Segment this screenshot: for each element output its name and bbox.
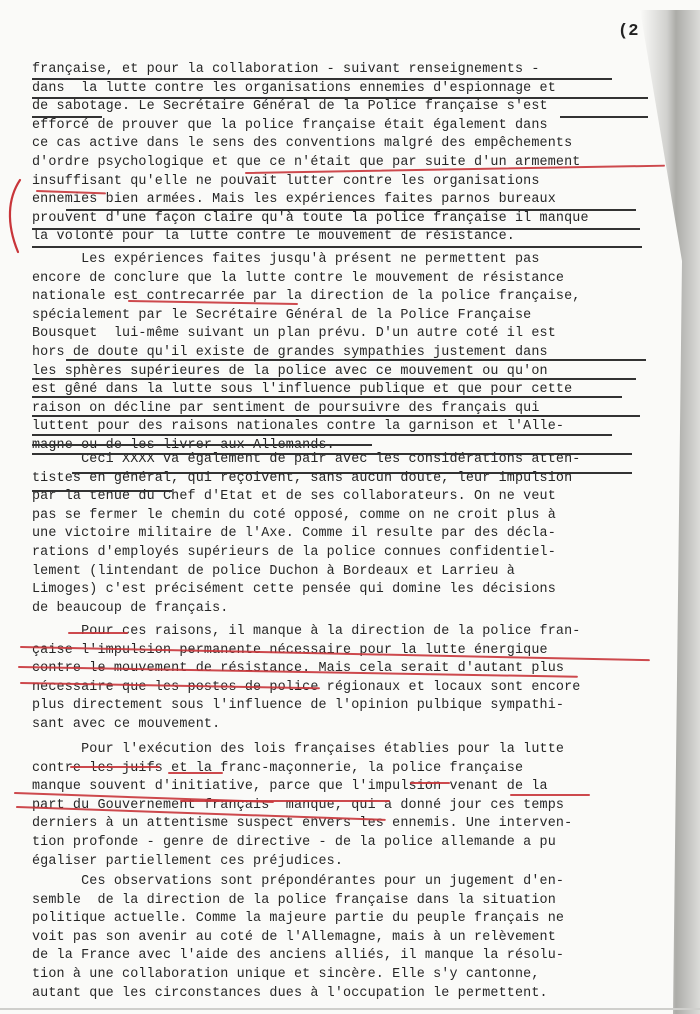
text-line: Bousquet lui-même suivant un plan prévu.… xyxy=(32,326,556,342)
red-pen-underline xyxy=(510,794,590,796)
text-line: luttent pour des raisons nationales cont… xyxy=(32,419,564,435)
text-line: ce cas active dans le sens des conventio… xyxy=(32,136,572,152)
typed-underline xyxy=(32,396,622,398)
text-line: politique actuelle. Comme la majeure par… xyxy=(32,911,564,927)
text-line: lement (lintendant de police Duchon à Bo… xyxy=(32,564,515,580)
scan-bottom-edge xyxy=(0,1008,700,1010)
text-line: encore de conclure que la lutte contre l… xyxy=(32,271,564,287)
typed-underline xyxy=(72,472,632,474)
text-line: la volonté pour la lutte contre le mouve… xyxy=(32,229,515,245)
text-line: française, et pour la collaboration - su… xyxy=(32,62,540,78)
text-line: de la France avec l'aide des anciens all… xyxy=(32,948,564,964)
document-page: (2 française, et pour la collaboration -… xyxy=(0,0,700,1014)
typed-underline xyxy=(66,209,636,211)
red-pen-underline xyxy=(168,772,223,774)
typed-underline xyxy=(66,359,646,361)
text-line: autant que les circonstances dues à l'oc… xyxy=(32,986,548,1002)
typed-underline xyxy=(32,228,640,230)
red-pen-underline xyxy=(68,632,128,634)
typed-underline xyxy=(32,434,612,436)
typed-underline xyxy=(32,78,612,80)
text-line: derniers à un attentisme suspect envers … xyxy=(32,816,572,832)
text-line: insuffisant qu'elle ne pouvait lutter co… xyxy=(32,174,540,190)
text-line: dans la lutte contre les organisations e… xyxy=(32,81,556,97)
page-number: (2 xyxy=(618,22,638,41)
text-line: rations d'employés supérieurs de la poli… xyxy=(32,545,556,561)
typed-underline xyxy=(32,415,640,417)
red-pen-underline xyxy=(70,766,160,768)
text-line: spécialement par le Secrétaire Général d… xyxy=(32,308,531,324)
text-line: Ces observations sont prépondérantes pou… xyxy=(32,874,564,890)
text-line: tion profonde - genre de directive - de … xyxy=(32,835,556,851)
typed-underline xyxy=(560,116,648,118)
typed-underline xyxy=(32,453,632,455)
text-line: Limoges) c'est précisément cette pensée … xyxy=(32,582,556,598)
text-line: de sabotage. Le Secrétaire Général de la… xyxy=(32,99,548,115)
typed-underline xyxy=(32,378,636,380)
text-line: pas se fermer le chemin du coté opposé, … xyxy=(32,508,556,524)
text-line: efforcé de prouver que la police françai… xyxy=(32,118,548,134)
margin-bracket-mark xyxy=(4,178,26,254)
red-pen-underline xyxy=(180,800,390,802)
text-line: une victoire militaire de l'Axe. Comme i… xyxy=(32,526,556,542)
typed-underline xyxy=(32,246,642,248)
text-line: ennemies bien armées. Mais les expérienc… xyxy=(32,192,556,208)
typed-underline xyxy=(32,444,372,446)
text-line: sant avec ce mouvement. xyxy=(32,717,220,733)
text-line: de beaucoup de français. xyxy=(32,601,228,617)
text-line: voit pas son avenir au coté de l'Allemag… xyxy=(32,930,556,946)
text-line: manque souvent d'initiative, parce que l… xyxy=(32,779,548,795)
text-line: Pour l'exécution des lois françaises éta… xyxy=(32,742,564,758)
text-line: par la tenue du Chef d'Etat et de ses co… xyxy=(32,489,556,505)
typed-underline xyxy=(32,116,102,118)
scan-edge-shadow xyxy=(640,10,700,1014)
text-line: prouvent d'une façon claire qu'à toute l… xyxy=(32,211,589,227)
typed-underline xyxy=(32,97,648,99)
text-line: Les expériences faites jusqu'à présent n… xyxy=(32,252,540,268)
text-line: nationale est contrecarrée par la direct… xyxy=(32,289,580,305)
typed-underline xyxy=(32,490,172,492)
text-line: semble de la direction de la police fran… xyxy=(32,893,556,909)
text-line: contre les juifs et la franc-maçonnerie,… xyxy=(32,761,523,777)
text-line: plus directement sous l'influence de l'o… xyxy=(32,698,564,714)
text-line: tion à une collaboration unique et sincè… xyxy=(32,967,540,983)
text-line: égaliser partiellement ces préjudices. xyxy=(32,854,343,870)
red-pen-underline xyxy=(410,782,450,784)
